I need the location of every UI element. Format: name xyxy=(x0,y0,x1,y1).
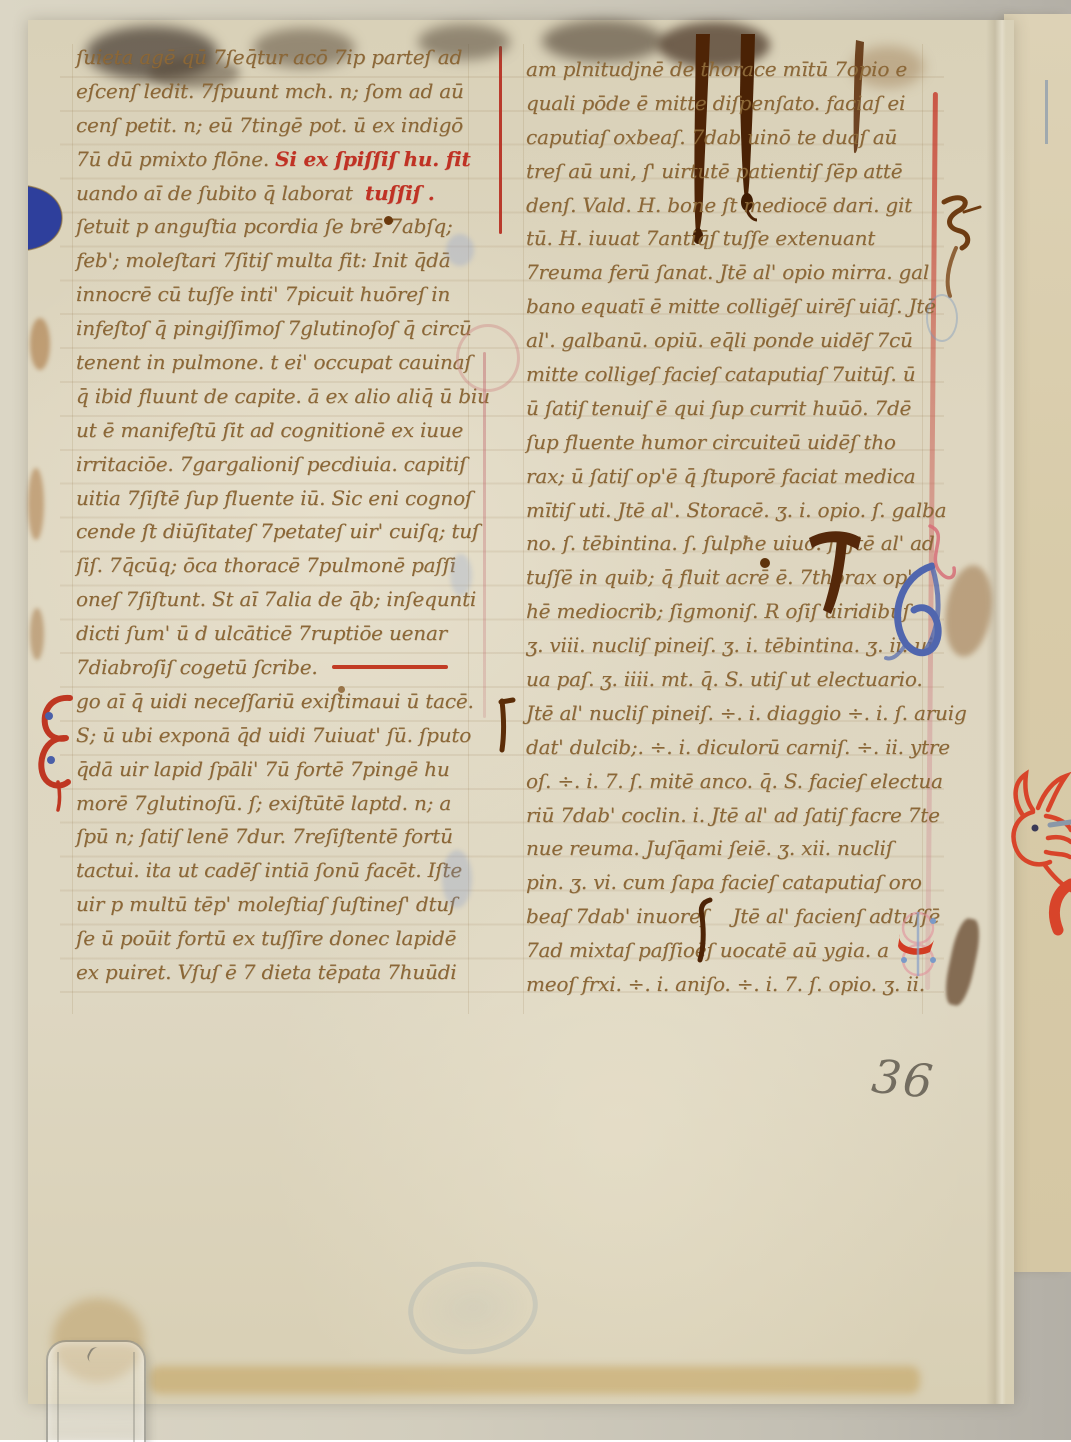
body-text: ut ē manifeſtū ſit ad cognitionē ex iuue xyxy=(76,418,463,442)
rubric-filler-line xyxy=(332,665,448,669)
body-text: infeſtoſ q̄ pingiſſimoſ 7glutinoſoſ q̄ c… xyxy=(76,316,472,340)
manuscript-line: riū 7dab' coclin. i. Jtē al' ad ſatiſ fa… xyxy=(526,798,926,832)
body-text: ſpū n; ſatiſ lenē 7dur. 7reſiſtentē fort… xyxy=(76,824,453,848)
manuscript-line: uando aī de ſubito q̄ laborat tuſſiſ . xyxy=(76,176,472,210)
manuscript-line: ut ē manifeſtū ſit ad cognitionē ex iuue xyxy=(76,413,472,447)
underlying-folio-edge xyxy=(1004,14,1071,1272)
body-text: quali pōde ē mitte diſpenſato. faciaſ ei xyxy=(526,91,905,115)
blue-offset-ghost xyxy=(446,234,474,266)
body-text: eſcenſ ledit. 7ſpuunt mch. n; ſom ad aū xyxy=(76,79,464,103)
penwork-ornament xyxy=(892,908,952,982)
manuscript-line: beaſ 7dab' inuoreſ Jtē al' facienſ adtuſ… xyxy=(526,899,926,933)
manuscript-line: morē 7glutinoſū. ſ; exiſtūtē laptd. n; a xyxy=(76,786,472,820)
manuscript-line: quali pōde ē mitte diſpenſato. faciaſ ei xyxy=(526,86,926,120)
column-rule-left-outer xyxy=(72,44,73,1014)
body-text: uando aī de ſubito q̄ laborat xyxy=(76,181,365,205)
manuscript-line: go aī q̄ uidi neceſſariū exiſtimaui ū ta… xyxy=(76,684,472,718)
body-text: al'. galbanū. opiū. eq̄li ponde uidēſ 7c… xyxy=(526,328,913,352)
body-text: ſiſ. 7q̄cūq; ōca thoracē 7pulmonē paſſi xyxy=(76,553,456,577)
right-text-column: am plnitudjnē de thorace mītū 7opio equa… xyxy=(526,52,926,1001)
manuscript-line: ſuieta agē qū 7ſeq̄tur acō 7ip parteſ ad xyxy=(76,40,472,74)
manuscript-line: ua paſ. ʒ. iiii. mt. q̄. S. utiſ ut elec… xyxy=(526,662,926,696)
page-fold-crease xyxy=(986,20,1006,1404)
manuscript-line: tuſſē in quib; q̄ fluit acrē ē. 7thorax … xyxy=(526,560,926,594)
clip-edge xyxy=(57,1352,59,1440)
manuscript-line: 7ad mixtaſ paſſioēſ uocatē aū ygia. a xyxy=(526,933,926,967)
manuscript-line: Jtē al' nucliſ pineiſ. ÷. i. diaggio ÷. … xyxy=(526,696,926,730)
manuscript-line: 7ū dū pmixto flōne. Si ex ſpiſſiſ hu. fi… xyxy=(76,142,472,176)
body-text: irritaciōe. 7gargalioniſ pecdiuia. capit… xyxy=(76,452,466,476)
manuscript-line: ex puiret. Vſuſ ē 7 dieta tēpata 7huūdi xyxy=(76,955,472,989)
manuscript-line: ū ſatiſ tenuiſ ē qui ſup currit huūō. 7d… xyxy=(526,391,926,425)
manuscript-line: ſe ū poūit fortū ex tuſſire donec lapidē xyxy=(76,921,472,955)
manuscript-line: bano equatī ē mitte colligēſ uirēſ uiāſ.… xyxy=(526,289,926,323)
body-text: meoſ frxi. ÷. i. aniſo. ÷. i. 7. ſ. opio… xyxy=(526,972,925,996)
offset-ghost-circle xyxy=(456,324,520,392)
manuscript-line: oſ. ÷. i. 7. ſ. mitē anco. q̄. S. facieſ… xyxy=(526,764,926,798)
body-text: cende ſt diūſitateſ 7petateſ uir' cuiſq;… xyxy=(76,519,479,543)
body-text: tū. H. iuuat 7antiq̄ſ tuſſe extenuant xyxy=(526,226,875,250)
body-text: denſ. Vald. H. bone ſt mediocē dari. git xyxy=(526,193,912,217)
edge-stain xyxy=(28,468,44,540)
manuscript-line: dat' dulcib;. ÷. i. diculorū carniſ. ÷. … xyxy=(526,730,926,764)
body-text: mitte colligeſ facieſ cataputiaſ 7uitūſ.… xyxy=(526,362,915,386)
manuscript-line: S; ū ubi exponā q̄d uidi 7uiuat' ſū. ſpu… xyxy=(76,718,472,752)
manuscript-line: ſiſ. 7q̄cūq; ōca thoracē 7pulmonē paſſi xyxy=(76,548,472,582)
bottom-edge-stain xyxy=(150,1366,920,1394)
manuscript-line: feb'; moleſtari 7ſitiſ multa fit: Init q… xyxy=(76,243,472,277)
body-text: pin. ʒ. vi. cum ſapa facieſ cataputiaſ o… xyxy=(526,870,922,894)
body-text: ſetuit p anguſtia pcordia ſe brē 7abſq; xyxy=(76,214,453,238)
manuscript-line: innocrē cū tuſſe inti' 7picuit huōreſ in xyxy=(76,277,472,311)
manuscript-line: cenſ petit. n; eū 7tingē pot. ū ex indig… xyxy=(76,108,472,142)
manuscript-line: tactui. ita ut cadēſ intiā ſonū facēt. I… xyxy=(76,853,472,887)
body-text: innocrē cū tuſſe inti' 7picuit huōreſ in xyxy=(76,282,450,306)
manuscript-line: treſ aū uni, ſ' uirtutē patientiſ ſēp at… xyxy=(526,154,926,188)
body-text: oneſ 7ſiſtunt. St aī 7alia de q̄b; inſeq… xyxy=(76,587,476,611)
manuscript-line: 7diabroſiſ cogetū ſcribe. xyxy=(76,650,472,684)
manuscript-line: caputiaſ oxbeaſ. 7dab uinō te duaſ aū xyxy=(526,120,926,154)
body-text: feb'; moleſtari 7ſitiſ multa fit: Init q… xyxy=(76,248,450,272)
body-text: 7diabroſiſ cogetū ſcribe. xyxy=(76,655,318,679)
paragraph-mark xyxy=(497,698,517,754)
body-text: riū 7dab' coclin. i. Jtē al' ad ſatiſ fa… xyxy=(526,803,940,827)
body-text: bano equatī ē mitte colligēſ uirēſ uiāſ.… xyxy=(526,294,936,318)
manuscript-line: al'. galbanū. opiū. eq̄li ponde uidēſ 7c… xyxy=(526,323,926,357)
edge-stain xyxy=(30,608,44,660)
body-text: go aī q̄ uidi neceſſariū exiſtimaui ū ta… xyxy=(76,689,474,713)
manuscript-line: oneſ 7ſiſtunt. St aī 7alia de q̄b; inſeq… xyxy=(76,582,472,616)
body-text: q̄dā uir lapid ſpāli' 7ū fortē 7pingē hu xyxy=(76,757,450,781)
body-text: 7ū dū pmixto flōne. xyxy=(76,147,275,171)
clip-edge xyxy=(133,1352,135,1440)
body-text: no. ſ. tēbintina. ſ. ſulpħe uiuo. ſ. Jtē… xyxy=(526,531,934,555)
body-text: tactui. ita ut cadēſ intiā ſonū facēt. I… xyxy=(76,858,462,882)
manuscript-line: meoſ frxi. ÷. i. aniſo. ÷. i. 7. ſ. opio… xyxy=(526,967,926,1001)
manuscript-line: 7reuma ferū ſanat. Jtē al' opio mirra. g… xyxy=(526,255,926,289)
body-text: treſ aū uni, ſ' uirtutē patientiſ ſēp at… xyxy=(526,159,902,183)
manuscript-line: nue reuma. Juſq̄ami ſeiē. ʒ. xii. nucliſ xyxy=(526,831,926,865)
manuscript-line: ſup fluente humor circuiteū uidēſ tho xyxy=(526,425,926,459)
clip-scratch xyxy=(85,1345,107,1367)
edge-stain xyxy=(30,318,50,370)
body-text: dat' dulcib;. ÷. i. diculorū carniſ. ÷. … xyxy=(526,735,950,759)
left-text-column: ſuieta agē qū 7ſeq̄tur acō 7ip parteſ ad… xyxy=(76,40,472,989)
blue-initial-q xyxy=(24,186,64,250)
body-text: beaſ 7dab' inuoreſ Jtē al' facienſ adtuſ… xyxy=(526,904,940,928)
dragon-doodle xyxy=(1002,772,1071,932)
manuscript-line: mitte colligeſ facieſ cataputiaſ 7uitūſ.… xyxy=(526,357,926,391)
ink-blot xyxy=(803,526,863,616)
body-text: cenſ petit. n; eū 7tingē pot. ū ex indig… xyxy=(76,113,463,137)
body-text: tenent in pulmone. t ei' occupat cauinaſ xyxy=(76,350,472,374)
body-text: q̄ ibid fluunt de capite. ā ex alio aliq… xyxy=(76,384,490,408)
body-text: ſuieta agē qū 7ſeq̄tur acō 7ip parteſ ad xyxy=(76,45,462,69)
red-ruling-stroke xyxy=(499,46,502,234)
body-text: mītiſ uti. Jtē al'. Storacē. ʒ. i. opio.… xyxy=(526,498,946,522)
manuscript-line: tenent in pulmone. t ei' occupat cauinaſ xyxy=(76,345,472,379)
pencil-folio-number: 36 xyxy=(869,1049,937,1109)
body-text: caputiaſ oxbeaſ. 7dab uinō te duaſ aū xyxy=(526,125,897,149)
manuscript-line: pin. ʒ. vi. cum ſapa facieſ cataputiaſ o… xyxy=(526,865,926,899)
manuscript-line: mītiſ uti. Jtē al'. Storacē. ʒ. i. opio.… xyxy=(526,493,926,527)
body-text: am plnitudjnē de thorace mītū 7opio e xyxy=(526,57,907,81)
body-text: morē 7glutinoſū. ſ; exiſtūtē laptd. n; a xyxy=(76,791,451,815)
manuscript-line: rax; ū ſatiſ op'ē q̄ ſtuporē faciat medi… xyxy=(526,459,926,493)
body-text: oſ. ÷. i. 7. ſ. mitē anco. q̄. S. facieſ… xyxy=(526,769,943,793)
body-text: ſe ū poūit fortū ex tuſſire donec lapidē xyxy=(76,926,456,950)
body-text: ſup fluente humor circuiteū uidēſ tho xyxy=(526,430,896,454)
manuscript-line: ſetuit p anguſtia pcordia ſe brē 7abſq; xyxy=(76,209,472,243)
manuscript-line: infeſtoſ q̄ pingiſſimoſ 7glutinoſoſ q̄ c… xyxy=(76,311,472,345)
ink-dot xyxy=(338,686,345,693)
manuscript-line: uir p multū tēp' moleſtiaſ ſuſtineſ' dtu… xyxy=(76,887,472,921)
rubric-text: Si ex ſpiſſiſ hu. fit xyxy=(275,147,470,171)
body-text: ū ſatiſ tenuiſ ē qui ſup currit huūō. 7d… xyxy=(526,396,911,420)
plastic-clip xyxy=(46,1340,146,1440)
manuscript-line: ſpū n; ſatiſ lenē 7dur. 7reſiſtentē fort… xyxy=(76,819,472,853)
manuscript-line: dicti ſum' ū d ulcāticē 7ruptiōe uenar xyxy=(76,616,472,650)
manuscript-line: q̄ ibid fluunt de capite. ā ex alio aliq… xyxy=(76,379,472,413)
manuscript-line: hē mediocrib; ſigmoniſ. R oſiſ uiridibuſ xyxy=(526,594,926,628)
manuscript-line: eſcenſ ledit. 7ſpuunt mch. n; ſom ad aū xyxy=(76,74,472,108)
column-rule-right-inner xyxy=(523,44,524,1014)
blue-offset-ghost xyxy=(442,850,472,908)
manuscript-line: ʒ. viii. nucliſ pineiſ. ʒ. i. tēbintina.… xyxy=(526,628,926,662)
manuscript-line: irritaciōe. 7gargalioniſ pecdiuia. capit… xyxy=(76,447,472,481)
manuscript-line: q̄dā uir lapid ſpāli' 7ū fortē 7pingē hu xyxy=(76,752,472,786)
body-text: ua paſ. ʒ. iiii. mt. q̄. S. utiſ ut elec… xyxy=(526,667,923,691)
manuscript-line: no. ſ. tēbintina. ſ. ſulpħe uiuo. ſ. Jtē… xyxy=(526,526,926,560)
body-text: 7reuma ferū ſanat. Jtē al' opio mirra. g… xyxy=(526,260,929,284)
body-text: nue reuma. Juſq̄ami ſeiē. ʒ. xii. nucliſ xyxy=(526,836,893,860)
manuscript-line: tū. H. iuuat 7antiq̄ſ tuſſe extenuant xyxy=(526,221,926,255)
body-text: S; ū ubi exponā q̄d uidi 7uiuat' ſū. ſpu… xyxy=(76,723,471,747)
ink-dot xyxy=(760,558,770,568)
manuscript-line: uitia 7ſiſtē ſup fluente iū. Sic eni cog… xyxy=(76,481,472,515)
blue-circle-doodle xyxy=(926,294,958,342)
manuscript-line: cende ſt diūſitateſ 7petateſ uir' cuiſq;… xyxy=(76,514,472,548)
offset-ghost-line xyxy=(483,352,486,718)
body-text: uir p multū tēp' moleſtiaſ ſuſtineſ' dtu… xyxy=(76,892,456,916)
body-text: Jtē al' nucliſ pineiſ. ÷. i. diaggio ÷. … xyxy=(526,701,967,725)
manuscript-line: am plnitudjnē de thorace mītū 7opio e xyxy=(526,52,926,86)
photograph-backdrop: ſuieta agē qū 7ſeq̄tur acō 7ip parteſ ad… xyxy=(0,0,1071,1440)
ink-dot xyxy=(384,216,393,225)
rubric-text: tuſſiſ . xyxy=(365,181,435,205)
body-text: rax; ū ſatiſ op'ē q̄ ſtuporē faciat medi… xyxy=(526,464,915,488)
red-initial-e xyxy=(34,690,78,810)
body-text: ex puiret. Vſuſ ē 7 dieta tēpata 7huūdi xyxy=(76,960,457,984)
body-text: ʒ. viii. nucliſ pineiſ. ʒ. i. tēbintina.… xyxy=(526,633,933,657)
manuscript-line: denſ. Vald. H. bone ſt mediocē dari. git xyxy=(526,188,926,222)
body-text: uitia 7ſiſtē ſup fluente iū. Sic eni cog… xyxy=(76,486,472,510)
blue-margin-dash xyxy=(1045,80,1048,144)
paragraph-mark xyxy=(694,898,716,962)
quill-doodle xyxy=(936,190,982,298)
body-text: dicti ſum' ū d ulcāticē 7ruptiōe uenar xyxy=(76,621,447,645)
blue-offset-ghost xyxy=(450,554,472,596)
